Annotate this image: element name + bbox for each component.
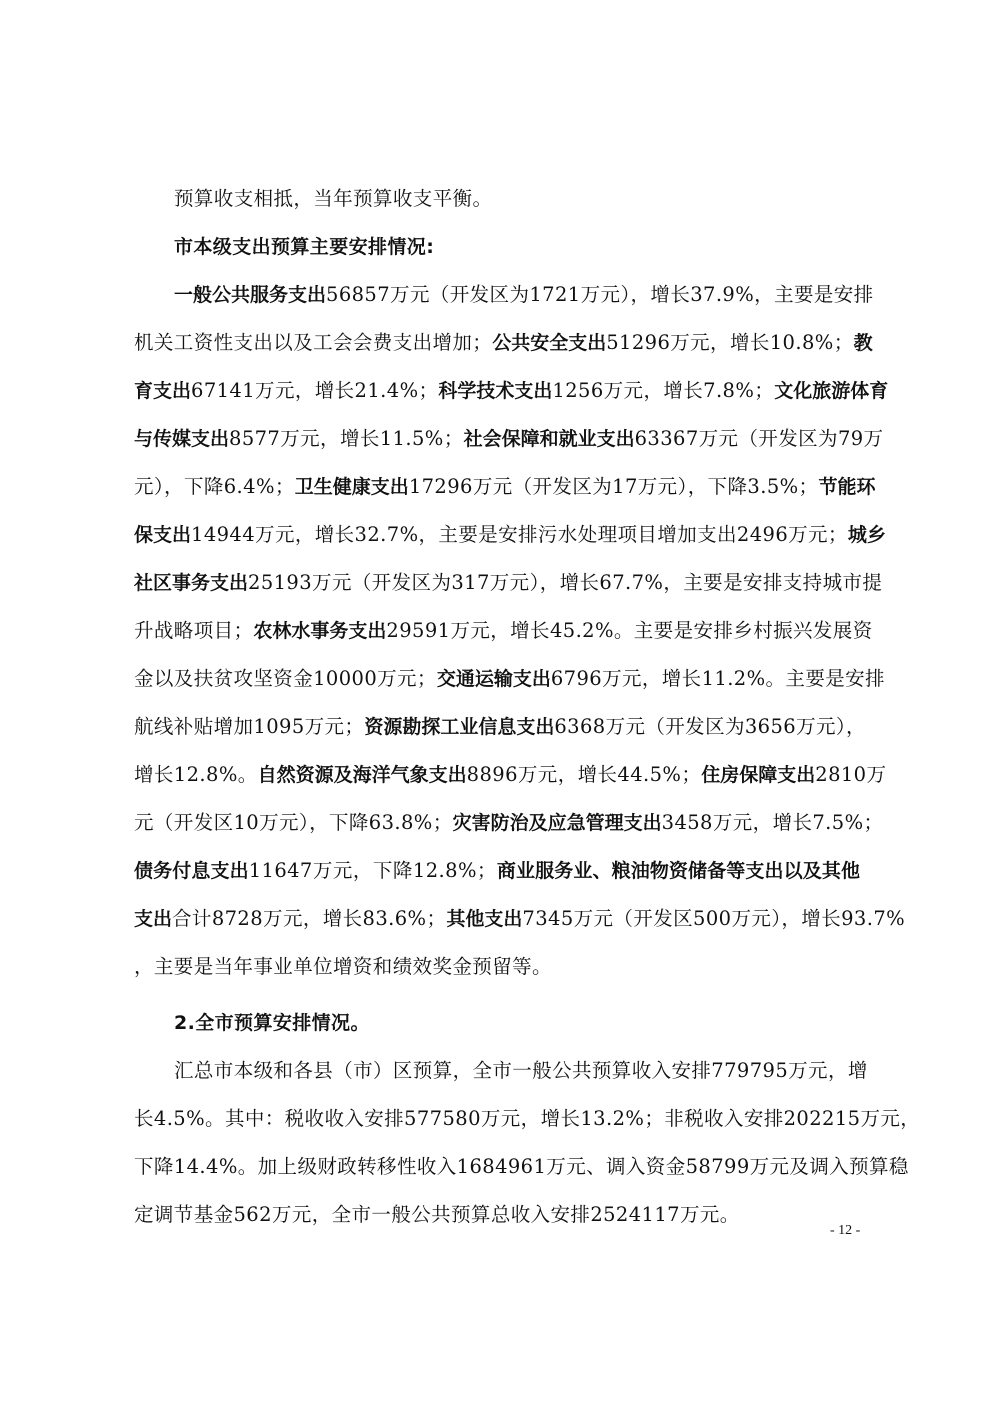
body-text: 8896万元，增长44.5%； bbox=[467, 763, 702, 786]
bold-category-label: 资源勘探工业信息支出 bbox=[364, 716, 554, 738]
body-text: 增长12.8%。 bbox=[134, 763, 258, 786]
body-text: 14944万元，增长32.7%，主要是安排污水处理项目增加支出2496万元； bbox=[191, 523, 848, 546]
paragraph1-line-1: 一般公共服务支出56857万元（开发区为1721万元），增长37.9%，主要是安… bbox=[174, 280, 860, 310]
body-text: 6796万元，增长11.2%。主要是安排 bbox=[551, 667, 885, 690]
paragraph2-line-1: 汇总市本级和各县（市）区预算，全市一般公共预算收入安排779795万元，增 bbox=[174, 1056, 860, 1086]
subheading: 2.全市预算安排情况。 bbox=[174, 1008, 860, 1038]
bold-category-label: 教 bbox=[854, 332, 873, 354]
body-text: 合计8728万元，增长83.6%； bbox=[172, 907, 446, 930]
paragraph1-line-4: 与传媒支出8577万元，增长11.5%；社会保障和就业支出63367万元（开发区… bbox=[134, 424, 860, 454]
body-text: 11647万元，下降12.8%； bbox=[249, 859, 497, 882]
paragraph1-line-8: 升战略项目；农林水事务支出29591万元，增长45.2%。主要是安排乡村振兴发展… bbox=[134, 616, 860, 646]
paragraph1-line-10: 航线补贴增加1095万元；资源勘探工业信息支出6368万元（开发区为3656万元… bbox=[134, 712, 860, 742]
bold-category-label: 城乡 bbox=[848, 524, 886, 546]
bold-category-label: 一般公共服务支出 bbox=[174, 284, 326, 306]
body-text: 航线补贴增加1095万元； bbox=[134, 715, 364, 738]
paragraph1-line-11: 增长12.8%。自然资源及海洋气象支出8896万元，增长44.5%；住房保障支出… bbox=[134, 760, 860, 790]
bold-category-label: 支出 bbox=[134, 908, 172, 930]
bold-category-label: 保支出 bbox=[134, 524, 191, 546]
body-text: 升战略项目； bbox=[134, 619, 253, 642]
body-text: 2810万 bbox=[815, 763, 886, 786]
bold-category-label: 住房保障支出 bbox=[701, 764, 815, 786]
body-text: 8577万元，增长11.5%； bbox=[229, 427, 464, 450]
paragraph2-line-2: 长4.5%。其中：税收收入安排577580万元，增长13.2%；非税收入安排20… bbox=[134, 1104, 860, 1134]
body-text: 67141万元，增长21.4%； bbox=[191, 379, 438, 402]
paragraph1-line-2: 机关工资性支出以及工会会费支出增加；公共安全支出51296万元，增长10.8%；… bbox=[134, 328, 860, 358]
body-text: 3458万元，增长7.5%； bbox=[662, 811, 884, 834]
bold-category-label: 社会保障和就业支出 bbox=[464, 428, 635, 450]
body-text: 17296万元（开发区为17万元），下降3.5%； bbox=[409, 475, 819, 498]
body-text: 金以及扶贫攻坚资金10000万元； bbox=[134, 667, 437, 690]
body-text: 51296万元，增长10.8%； bbox=[606, 331, 853, 354]
bold-category-label: 其他支出 bbox=[446, 908, 522, 930]
paragraph1-line-12: 元（开发区10万元），下降63.8%；灾害防治及应急管理支出3458万元，增长7… bbox=[134, 808, 860, 838]
intro-line: 预算收支相抵，当年预算收支平衡。 bbox=[174, 184, 860, 214]
bold-category-label: 自然资源及海洋气象支出 bbox=[258, 764, 467, 786]
bold-category-label: 交通运输支出 bbox=[437, 668, 551, 690]
bold-category-label: 育支出 bbox=[134, 380, 191, 402]
paragraph2-line-3: 下降14.4%。加上级财政转移性收入1684961万元、调入资金58799万元及… bbox=[134, 1152, 860, 1182]
body-text: ，主要是当年事业单位增资和绩效奖金预留等。 bbox=[134, 955, 552, 978]
body-text: 1256万元，增长7.8%； bbox=[552, 379, 774, 402]
body-text: 机关工资性支出以及工会会费支出增加； bbox=[134, 331, 492, 354]
bold-category-label: 科学技术支出 bbox=[438, 380, 552, 402]
body-text: 25193万元（开发区为317万元），增长67.7%，主要是安排支持城市提 bbox=[248, 571, 882, 594]
body-text: 6368万元（开发区为3656万元）， bbox=[554, 715, 866, 738]
body-text: 元），下降6.4%； bbox=[134, 475, 295, 498]
bold-category-label: 文化旅游体育 bbox=[774, 380, 888, 402]
paragraph1-line-7: 社区事务支出25193万元（开发区为317万元），增长67.7%，主要是安排支持… bbox=[134, 568, 860, 598]
body-text: 7345万元（开发区500万元），增长93.7% bbox=[522, 907, 905, 930]
document-page: 预算收支相抵，当年预算收支平衡。 市本级支出预算主要安排情况: 一般公共服务支出… bbox=[0, 0, 991, 1403]
bold-category-label: 卫生健康支出 bbox=[295, 476, 409, 498]
page-number: - 12 - bbox=[830, 1223, 860, 1239]
body-text: 元（开发区10万元），下降63.8%； bbox=[134, 811, 453, 834]
paragraph1-line-9: 金以及扶贫攻坚资金10000万元；交通运输支出6796万元，增长11.2%。主要… bbox=[134, 664, 860, 694]
paragraph1-line-14: 支出合计8728万元，增长83.6%；其他支出7345万元（开发区500万元），… bbox=[134, 904, 860, 934]
bold-category-label: 社区事务支出 bbox=[134, 572, 248, 594]
paragraph1-line-3: 育支出67141万元，增长21.4%；科学技术支出1256万元，增长7.8%；文… bbox=[134, 376, 860, 406]
paragraph1-line-13: 债务付息支出11647万元，下降12.8%；商业服务业、粮油物资储备等支出以及其… bbox=[134, 856, 860, 886]
bold-category-label: 债务付息支出 bbox=[134, 860, 249, 882]
bold-category-label: 与传媒支出 bbox=[134, 428, 229, 450]
section-heading: 市本级支出预算主要安排情况: bbox=[174, 232, 860, 262]
paragraph1-line-5: 元），下降6.4%；卫生健康支出17296万元（开发区为17万元），下降3.5%… bbox=[134, 472, 860, 502]
bold-category-label: 节能环 bbox=[818, 476, 875, 498]
body-text: 29591万元，增长45.2%。主要是安排乡村振兴发展资 bbox=[386, 619, 872, 642]
body-text: 56857万元（开发区为1721万元），增长37.9%，主要是安排 bbox=[326, 283, 874, 306]
body-text: 63367万元（开发区为79万 bbox=[635, 427, 884, 450]
paragraph1-line-6: 保支出14944万元，增长32.7%，主要是安排污水处理项目增加支出2496万元… bbox=[134, 520, 860, 550]
bold-category-label: 农林水事务支出 bbox=[253, 620, 386, 642]
bold-category-label: 公共安全支出 bbox=[492, 332, 606, 354]
paragraph2-line-4: 定调节基金562万元，全市一般公共预算总收入安排2524117万元。 bbox=[134, 1200, 860, 1230]
paragraph1-line-15: ，主要是当年事业单位增资和绩效奖金预留等。 bbox=[134, 952, 860, 982]
bold-category-label: 商业服务业、粮油物资储备等支出以及其他 bbox=[497, 860, 860, 882]
bold-category-label: 灾害防治及应急管理支出 bbox=[453, 812, 662, 834]
